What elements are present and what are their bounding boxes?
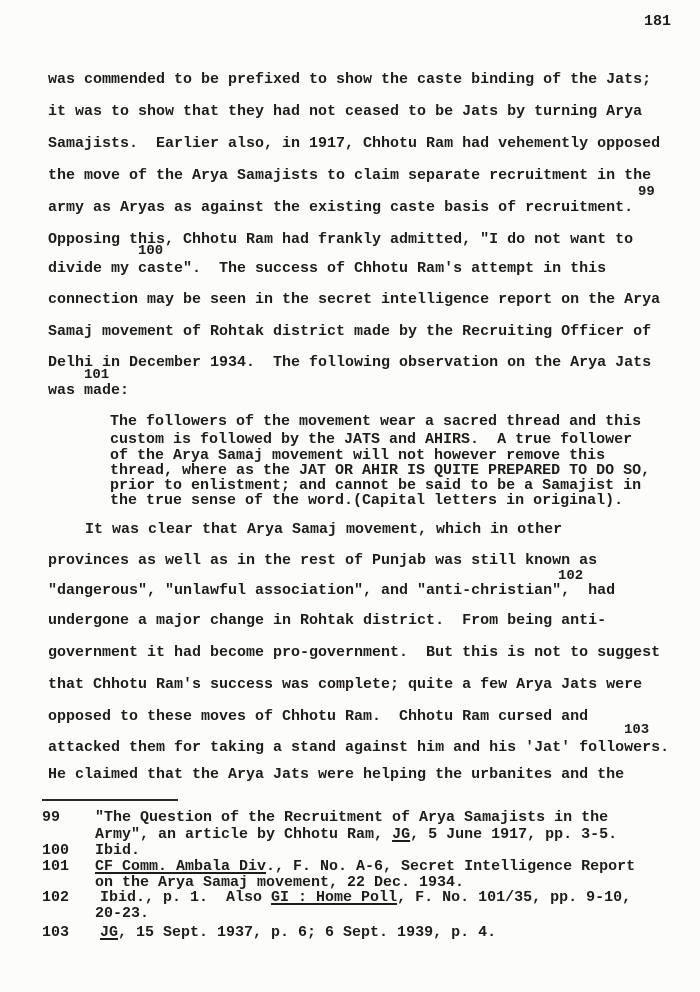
body-line: divide my caste". The success of Chhotu … — [48, 261, 606, 276]
body-line: was commended to be prefixed to show the… — [48, 72, 651, 87]
footnote-citation: JG — [392, 826, 410, 843]
body-line: It was clear that Arya Samaj movement, w… — [85, 522, 562, 537]
footnote-text: , 15 Sept. 1937, p. 6; 6 Sept. 1939, p. … — [118, 924, 496, 941]
footnote-line: "The Question of the Recruitment of Arya… — [95, 810, 608, 825]
quote-line: custom is followed by the JATS and AHIRS… — [110, 432, 632, 447]
quote-line: the true sense of the word.(Capital lett… — [110, 493, 623, 508]
footnote-marker-99: 99 — [638, 185, 655, 199]
footnote-text: , F. No. 101/35, pp. 9-10, — [397, 889, 631, 906]
footnote-number: 101 — [42, 859, 69, 874]
footnote-citation: GI : Home Poll — [271, 889, 397, 906]
footnote-number: 99 — [42, 810, 60, 825]
body-line: Samaj movement of Rohtak district made b… — [48, 324, 651, 339]
footnote-separator — [42, 799, 178, 801]
footnote-line: 20-23. — [95, 906, 149, 921]
footnote-line: Army", an article by Chhotu Ram, JG, 5 J… — [95, 827, 617, 842]
body-line: He claimed that the Arya Jats were helpi… — [48, 767, 624, 782]
document-page: 181 was commended to be prefixed to show… — [0, 0, 700, 992]
footnote-citation: JG — [100, 924, 118, 941]
footnote-citation: CF Comm. Ambala Div — [95, 858, 266, 875]
body-line: "dangerous", "unlawful association", and… — [48, 583, 615, 598]
body-line: army as Aryas as against the existing ca… — [48, 200, 633, 215]
footnote-number: 102 — [42, 890, 69, 905]
body-line: Samajists. Earlier also, in 1917, Chhotu… — [48, 136, 660, 151]
quote-line: The followers of the movement wear a sac… — [110, 414, 641, 429]
body-line: the move of the Arya Samajists to claim … — [48, 168, 651, 183]
body-line: opposed to these moves of Chhotu Ram. Ch… — [48, 709, 588, 724]
footnote-line: Ibid., p. 1. Also GI : Home Poll, F. No.… — [100, 890, 631, 905]
quote-line: thread, where as the JAT OR AHIR IS QUIT… — [110, 463, 650, 478]
footnote-marker-101: 101 — [84, 368, 109, 382]
body-line: that Chhotu Ram's success was complete; … — [48, 677, 642, 692]
footnote-line: CF Comm. Ambala Div., F. No. A-6, Secret… — [95, 859, 635, 874]
body-line: government it had become pro-government.… — [48, 645, 660, 660]
body-line: connection may be seen in the secret int… — [48, 292, 660, 307]
footnote-line: Ibid. — [95, 843, 140, 858]
body-line: Opposing this, Chhotu Ram had frankly ad… — [48, 232, 633, 247]
footnote-text: ., F. No. A-6, Secret Intelligence Repor… — [266, 858, 635, 875]
body-line: was made: — [48, 383, 129, 398]
page-number: 181 — [644, 13, 671, 30]
footnote-line: on the Arya Samaj movement, 22 Dec. 1934… — [95, 875, 464, 890]
body-line: undergone a major change in Rohtak distr… — [48, 613, 606, 628]
quote-line: prior to enlistment; and cannot be said … — [110, 478, 641, 493]
body-line: it was to show that they had not ceased … — [48, 104, 642, 119]
footnote-marker-102: 102 — [558, 569, 583, 583]
footnote-number: 100 — [42, 843, 69, 858]
footnote-marker-103: 103 — [624, 723, 649, 737]
quote-line: of the Arya Samaj movement will not howe… — [110, 448, 605, 463]
footnote-line: JG, 15 Sept. 1937, p. 6; 6 Sept. 1939, p… — [100, 925, 496, 940]
footnote-text: Ibid., p. 1. Also — [100, 889, 271, 906]
footnote-text: , 5 June 1917, pp. 3-5. — [410, 826, 617, 843]
body-line: Delhi in December 1934. The following ob… — [48, 355, 651, 370]
body-line: provinces as well as in the rest of Punj… — [48, 553, 597, 568]
footnote-text: Army", an article by Chhotu Ram, — [95, 826, 392, 843]
footnote-number: 103 — [42, 925, 69, 940]
footnote-marker-100: 100 — [138, 244, 163, 258]
body-line: attacked them for taking a stand against… — [48, 740, 669, 755]
